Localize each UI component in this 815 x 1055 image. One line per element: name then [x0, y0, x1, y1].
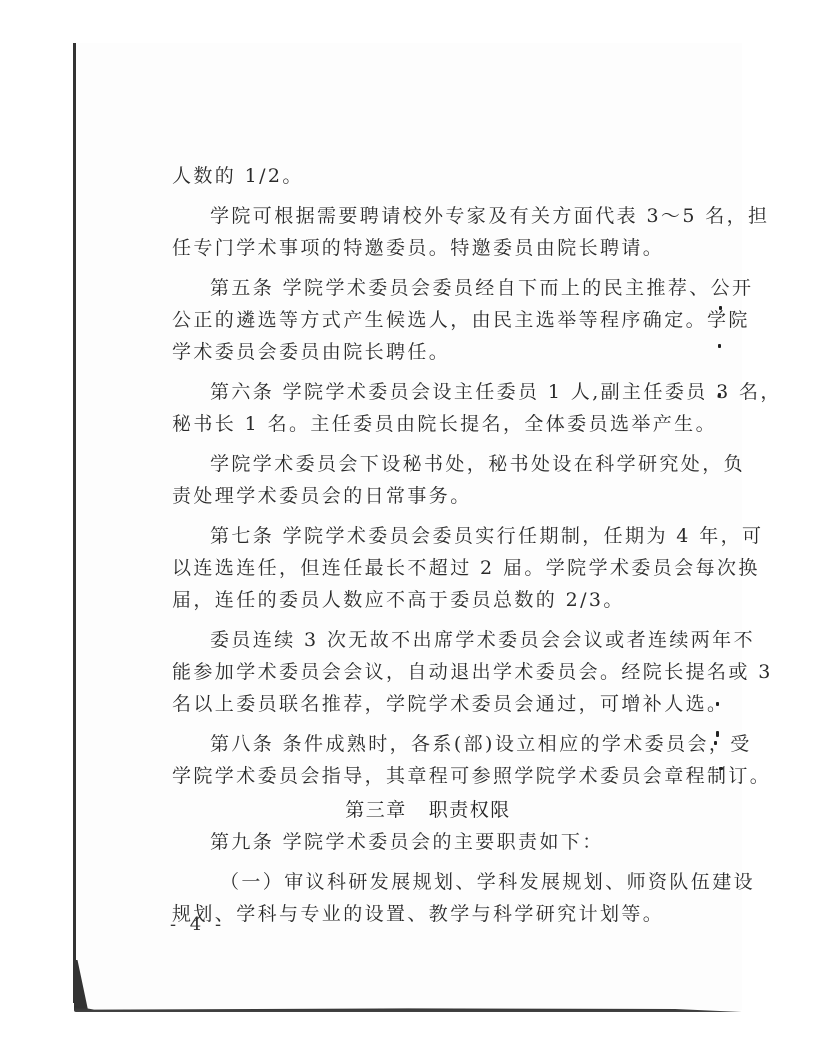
text-line: 学院可根据需要聘请校外专家及有关方面代表 3～5 名，担 — [172, 200, 684, 232]
chapter-number: 第三章 — [345, 799, 407, 821]
article-8-line: 第八条 条件成熟时，各系(部)设立相应的学术委员会，受 — [172, 728, 684, 760]
scan-speck — [718, 393, 721, 397]
scan-speck — [716, 731, 719, 737]
chapter-title: 职责权限 — [429, 799, 511, 821]
text-line: （一）审议科研发展规划、学科发展规划、师资队伍建设 — [172, 866, 684, 898]
article-7-line: 第七条 学院学术委员会委员实行任期制，任期为 4 年，可 — [172, 520, 684, 552]
chapter-heading: 第三章职责权限 — [172, 794, 684, 826]
article-9-line: 第九条 学院学术委员会的主要职责如下： — [172, 826, 684, 858]
text-line: 学术委员会委员由院长聘任。 — [172, 336, 684, 368]
text-line: 人数的 1/2。 — [172, 160, 684, 192]
text-line: 名以上委员联名推荐，学院学术委员会通过，可增补人选。 — [172, 688, 684, 720]
text-line: 学院学术委员会指导，其章程可参照学院学术委员会章程制订。 — [172, 760, 684, 792]
page-left-edge-shadow — [73, 43, 76, 1003]
scan-speck — [718, 344, 721, 348]
text-line: 公正的遴选等方式产生候选人，由民主选举等程序确定。学院 — [172, 304, 684, 336]
text-line: 责处理学术委员会的日常事务。 — [172, 480, 684, 512]
text-line: 学院学术委员会下设秘书处，秘书处设在科学研究处，负 — [172, 448, 684, 480]
scan-speck — [719, 767, 723, 770]
text-line: 以连选连任，但连任最长不超过 2 届。学院学术委员会每次换 — [172, 552, 684, 584]
text-line: 秘书长 1 名。主任委员由院长提名，全体委员选举产生。 — [172, 408, 684, 440]
text-line: 任专门学术事项的特邀委员。特邀委员由院长聘请。 — [172, 232, 684, 264]
text-line: 能参加学术委员会会议，自动退出学术委员会。经院长提名或 3 — [172, 656, 684, 688]
text-line: 委员连续 3 次无故不出席学术委员会会议或者连续两年不 — [172, 624, 684, 656]
text-line: 届，连任的委员人数应不高于委员总数的 2/3。 — [172, 584, 684, 616]
text-line: 规划、学科与专业的设置、教学与科学研究计划等。 — [172, 898, 684, 930]
article-6-line: 第六条 学院学术委员会设主任委员 1 人,副主任委员 3 名， — [172, 376, 684, 408]
scan-speck — [714, 741, 717, 745]
scan-speck — [719, 306, 722, 310]
scan-speck — [716, 702, 719, 706]
document-body: 人数的 1/2。 学院可根据需要聘请校外专家及有关方面代表 3～5 名，担 任专… — [172, 160, 684, 930]
page-number: - 4 - — [170, 914, 225, 935]
article-5-line: 第五条 学院学术委员会委员经自下而上的民主推荐、公开 — [172, 272, 684, 304]
